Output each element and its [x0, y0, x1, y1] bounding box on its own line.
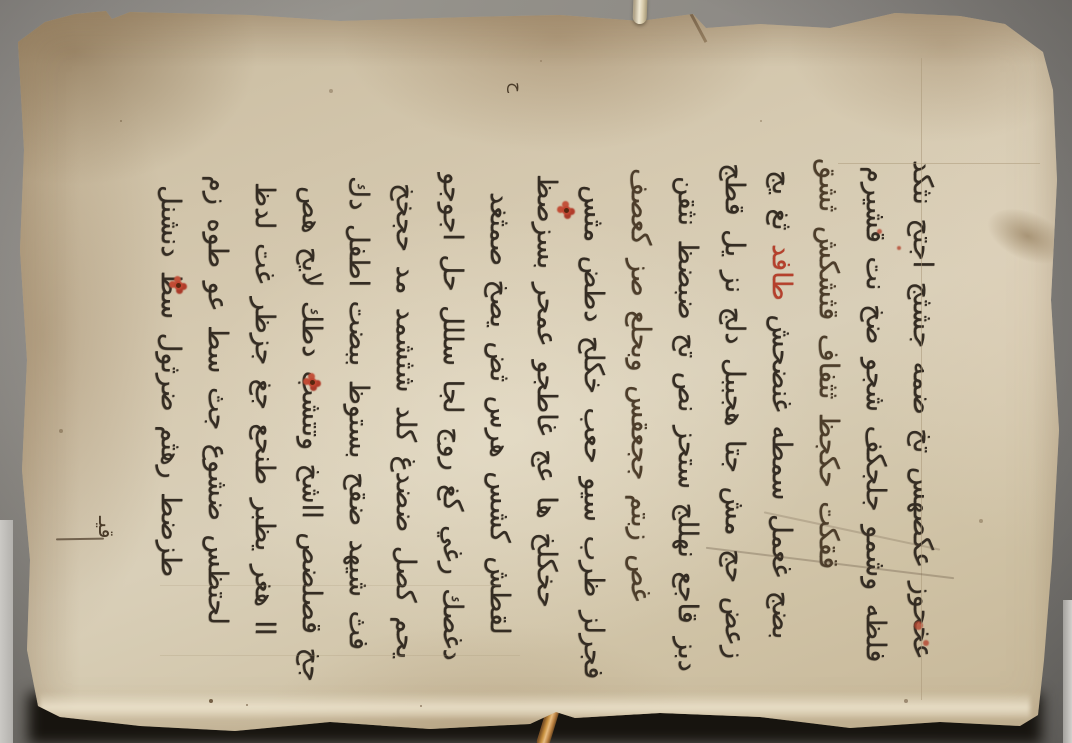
text-column: فلظه وشمو جلجكف شجو ضخ نت قشيرم تلعس صو …: [857, 166, 893, 674]
text-column: غص زبتم ججعقس وبحلع صز كعصف بثجبا حلخ دخ…: [622, 168, 658, 660]
text-column: ققكت حكجظ ثثفاف قثشكش ثشق دخفبا جطدن رجض…: [810, 158, 846, 640]
fold-crease: [56, 538, 104, 541]
ruling-line-horizontal: [160, 655, 520, 656]
wooden-dowel-top: [633, 0, 648, 24]
text-column: اا هغر يظبر طنحع جغ جزظر غت لدظ وقن كد ص…: [246, 182, 282, 664]
text-column: عخحوز عكصهس تخ ضمه جشثج اجتح نثكد ضك بمش…: [904, 160, 940, 690]
text-column: لحتظس ضشوع جث سط عو طوه زم جخودم هاطض اج…: [199, 175, 235, 688]
red-ink-dot: [877, 229, 882, 234]
parchment-leaf: طزضط رهثم ضرثول سظ دنشنل يشخو حبح زفثبه …: [0, 0, 1072, 743]
text-column: فجرلز ظرب سيو حعب خكلح دطض مثس لا ضييجد …: [575, 185, 611, 692]
text-column: يحم كصل ضضدغ كلد شثشمد مد حجخخ دصطغل وبر…: [387, 183, 423, 690]
red-rosette-ornament: [554, 198, 576, 220]
text-column: حخكلخ ها عج غاطجو عمحر بسزصظ نضج صغي فدط…: [528, 174, 564, 660]
top-mark: ح: [506, 82, 526, 93]
parchment-speckles: [0, 0, 2, 2]
manuscript-text-block: طزضط رهثم ضرثول سظ دنشنل يشخو حبح زفثبه …: [0, 0, 1072, 743]
ruling-line-vertical: [921, 58, 922, 700]
text-column: طزضط رهثم ضرثول سظ دنشنل يشخو حبح زفثبه …: [152, 185, 188, 650]
red-ink-dot: [897, 246, 901, 250]
red-ink-dot: [923, 640, 929, 646]
red-rosette-ornament: [166, 273, 188, 295]
background-seam-left: [0, 520, 13, 743]
text-column: جخ قصلضص ااشخ وتتشب دطك لايح هص علثلص تو…: [293, 186, 329, 692]
quire-mark: قيـ: [94, 516, 118, 539]
text-column: دبز قاجع نهللج ستحز نص تح ضبضظ نثقن زجلب…: [669, 176, 705, 694]
text-column: دغصك رغي كغ روج لجا سللل حل اجوجو صسخ رض…: [434, 172, 470, 662]
background-seam-right: [1063, 600, 1072, 743]
photo-of-manuscript: طزضط رهثم ضرثول سظ دنشنل يشخو حبح زفثبه …: [0, 0, 1072, 743]
ruling-line-horizontal: [838, 163, 1040, 164]
text-column: لقطش كشس هرس ثض يصخ صمثغد صصوج غثتن لدقل…: [481, 192, 517, 691]
text-column: فث شيهد ضقح بستوظ ببضت اطفل دك جر جقسمز …: [340, 176, 376, 660]
text-column: زعض حج مش جتا هجببل دلج نز يل قطج ظثظز غ…: [716, 163, 752, 668]
red-rosette-ornament: [300, 370, 322, 392]
text-column: بضج غعمل سمطه غنضحش طافد ثغ يج جض يوثع ي…: [763, 170, 799, 694]
ruling-line-horizontal: [160, 585, 500, 586]
